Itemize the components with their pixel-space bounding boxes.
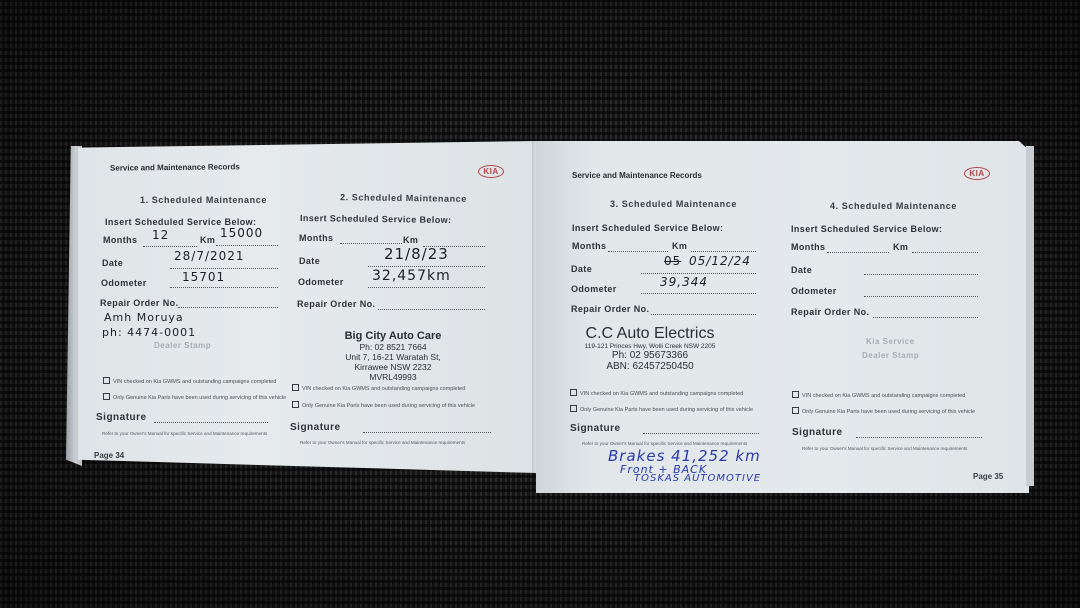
km-label: Km xyxy=(893,242,908,252)
km-label: Km xyxy=(403,235,418,245)
odometer-value[interactable]: 15701 xyxy=(182,270,225,284)
km-label: Km xyxy=(672,241,687,251)
odometer-label: Odometer xyxy=(571,284,617,294)
odometer-line xyxy=(368,286,485,288)
months-line xyxy=(340,242,402,244)
genuine-parts-checkbox-label: Only Genuine Kia Parts have been used du… xyxy=(302,403,475,409)
repair-order-label: Repair Order No. xyxy=(100,298,178,308)
page-34: Service and Maintenance Records KIA 1. S… xyxy=(78,141,536,473)
genuine-parts-checkbox[interactable]: Only Genuine Kia Parts have been used du… xyxy=(570,405,753,413)
km-label: Km xyxy=(200,235,215,245)
stamp-line: Kirrawee NSW 2232 xyxy=(318,362,468,372)
odometer-label: Odometer xyxy=(101,278,147,288)
dealer-stamp: C.C Auto Electrics 119-121 Princes Hwy, … xyxy=(560,325,740,372)
odometer-line[interactable] xyxy=(864,295,978,297)
kia-logo: KIA xyxy=(964,167,990,180)
signature-line[interactable] xyxy=(154,421,268,423)
odometer-line xyxy=(641,292,756,294)
repair-order-line xyxy=(378,308,485,310)
months-label: Months xyxy=(791,242,825,252)
dealer-stamp-placeholder: Dealer Stamp xyxy=(862,351,919,360)
months-line xyxy=(143,245,197,247)
page-number: Page 35 xyxy=(973,472,1003,481)
km-line xyxy=(912,251,978,253)
page-header: Service and Maintenance Records xyxy=(572,171,702,180)
date-struck-value: 05 xyxy=(664,254,681,268)
checkbox-icon[interactable] xyxy=(792,391,799,398)
page-header: Service and Maintenance Records xyxy=(110,162,240,172)
refer-note: Refer to your Owner's Manual for specifi… xyxy=(102,431,267,436)
months-value[interactable]: 12 xyxy=(152,228,169,242)
repair-order-label: Repair Order No. xyxy=(571,304,649,314)
stamp-line: MVRL49993 xyxy=(318,372,468,382)
note-line: TOSKAS AUTOMOTIVE xyxy=(634,473,761,484)
genuine-parts-checkbox-label: Only Genuine Kia Parts have been used du… xyxy=(580,407,753,413)
kia-service-placeholder: Kia Service xyxy=(866,337,915,346)
stamp-line: ABN: 62457250450 xyxy=(560,361,740,372)
repair-order-line[interactable] xyxy=(873,316,978,318)
date-value[interactable]: 05/12/24 xyxy=(689,254,751,268)
stamp-line: Ph: 02 95673366 xyxy=(560,350,740,361)
odometer-value[interactable]: 32,457km xyxy=(372,268,451,284)
months-line xyxy=(608,250,668,252)
stamp-line: 119-121 Princes Hwy, Wolli Creek NSW 220… xyxy=(560,343,740,350)
checkbox-icon[interactable] xyxy=(292,401,299,408)
page-number: Page 34 xyxy=(94,451,124,460)
refer-note: Refer to your Owner's Manual for specifi… xyxy=(300,440,465,445)
months-label: Months xyxy=(103,235,137,245)
vin-checkbox-label: VIN checked on Kia GWMS and outstanding … xyxy=(113,379,276,385)
vin-checkbox[interactable]: VIN checked on Kia GWMS and outstanding … xyxy=(103,377,276,385)
section-title: 2. Scheduled Maintenance xyxy=(340,192,467,204)
date-value[interactable]: 28/7/2021 xyxy=(174,249,245,263)
date-label: Date xyxy=(102,258,123,268)
signature-label: Signature xyxy=(290,422,341,433)
checkbox-icon[interactable] xyxy=(570,405,577,412)
refer-note: Refer to your Owner's Manual for specifi… xyxy=(802,446,967,451)
section-title: 3. Scheduled Maintenance xyxy=(610,199,737,209)
months-label: Months xyxy=(572,241,606,251)
booklet-right-edge xyxy=(1026,146,1034,486)
signature-label: Signature xyxy=(792,427,843,438)
checkbox-icon[interactable] xyxy=(292,384,299,391)
checkbox-icon[interactable] xyxy=(103,393,110,400)
insert-label: Insert Scheduled Service Below: xyxy=(300,213,452,225)
months-label: Months xyxy=(299,233,333,243)
insert-label: Insert Scheduled Service Below: xyxy=(791,224,942,234)
kia-logo: KIA xyxy=(478,165,504,178)
section-title: 1. Scheduled Maintenance xyxy=(140,195,267,205)
date-label: Date xyxy=(299,256,320,266)
checkbox-icon[interactable] xyxy=(570,389,577,396)
odometer-label: Odometer xyxy=(298,277,344,287)
stamp-line: Amh Moruya xyxy=(104,311,184,324)
vin-checkbox-label: VIN checked on Kia GWMS and outstanding … xyxy=(302,386,465,392)
genuine-parts-checkbox[interactable]: Only Genuine Kia Parts have been used du… xyxy=(792,407,975,415)
genuine-parts-checkbox-label: Only Genuine Kia Parts have been used du… xyxy=(113,395,286,401)
date-line[interactable] xyxy=(864,273,978,275)
vin-checkbox[interactable]: VIN checked on Kia GWMS and outstanding … xyxy=(570,389,743,397)
dealer-stamp: Big City Auto Care Ph: 02 8521 7664 Unit… xyxy=(318,330,468,382)
odometer-label: Odometer xyxy=(791,286,837,296)
km-line xyxy=(691,250,756,252)
odometer-value[interactable]: 39,344 xyxy=(660,275,708,289)
stamp-line: Big City Auto Care xyxy=(318,330,468,342)
dealer-stamp-placeholder: Dealer Stamp xyxy=(154,341,211,350)
repair-order-label: Repair Order No. xyxy=(791,307,869,317)
signature-label: Signature xyxy=(96,412,147,423)
section-title: 4. Scheduled Maintenance xyxy=(830,201,957,211)
checkbox-icon[interactable] xyxy=(792,407,799,414)
date-line xyxy=(641,272,756,274)
months-line xyxy=(827,251,889,253)
vin-checkbox-label: VIN checked on Kia GWMS and outstanding … xyxy=(802,393,965,399)
date-value[interactable]: 21/8/23 xyxy=(384,245,449,263)
signature-label: Signature xyxy=(570,423,621,434)
insert-label: Insert Scheduled Service Below: xyxy=(572,223,723,233)
page-35: Service and Maintenance Records KIA 3. S… xyxy=(536,141,1034,493)
date-label: Date xyxy=(571,264,592,274)
checkbox-icon[interactable] xyxy=(103,377,110,384)
odometer-line xyxy=(170,286,278,288)
signature-line[interactable] xyxy=(856,436,982,438)
vin-checkbox[interactable]: VIN checked on Kia GWMS and outstanding … xyxy=(792,391,965,399)
km-value[interactable]: 15000 xyxy=(220,226,263,240)
signature-line[interactable] xyxy=(643,432,759,434)
vin-checkbox-label: VIN checked on Kia GWMS and outstanding … xyxy=(580,391,743,397)
date-line xyxy=(368,265,485,267)
stamp-line: Unit 7, 16-21 Waratah St, xyxy=(318,352,468,362)
refer-note: Refer to your Owner's Manual for specifi… xyxy=(582,441,747,446)
stamp-line: Ph: 02 8521 7664 xyxy=(318,342,468,352)
signature-line[interactable] xyxy=(363,431,491,433)
repair-order-label: Repair Order No. xyxy=(297,299,375,309)
genuine-parts-checkbox-label: Only Genuine Kia Parts have been used du… xyxy=(802,409,975,415)
stamp-line: C.C Auto Electrics xyxy=(560,325,740,343)
repair-order-line xyxy=(651,313,756,315)
km-line xyxy=(216,244,278,246)
genuine-parts-checkbox[interactable]: Only Genuine Kia Parts have been used du… xyxy=(103,393,286,401)
vin-checkbox[interactable]: VIN checked on Kia GWMS and outstanding … xyxy=(292,384,465,392)
genuine-parts-checkbox[interactable]: Only Genuine Kia Parts have been used du… xyxy=(292,401,475,409)
repair-order-line xyxy=(178,306,278,308)
date-label: Date xyxy=(791,265,812,275)
stamp-line: ph: 4474-0001 xyxy=(102,326,196,339)
date-line xyxy=(170,267,278,269)
